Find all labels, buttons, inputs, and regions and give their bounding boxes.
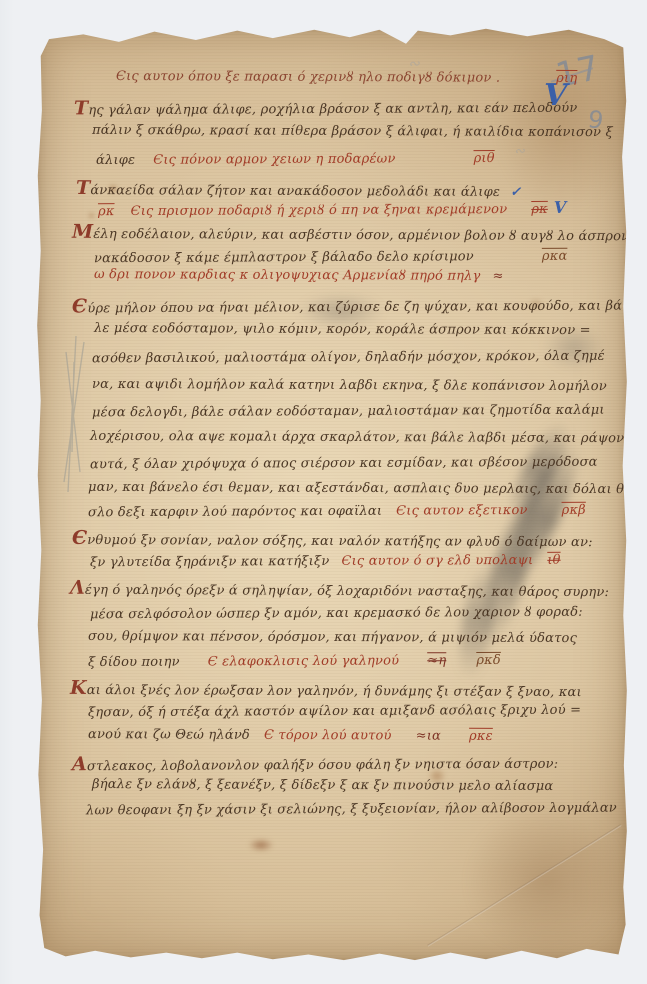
- rubric-text: Є τόρον λού αυτού: [264, 728, 392, 744]
- heading-text: Єις αυτον όπου ξε παρασι ό χερινȣ ηλο πο…: [116, 69, 500, 86]
- margin-number: ρκγ: [629, 585, 647, 600]
- initial-letter: Κ: [70, 677, 87, 699]
- text-line: σου, θρίμψον και πένσον, όρόσμον, και πή…: [88, 629, 577, 646]
- line-text: νακάδοσον ξ κάμε έμπλαστρον ξ βάλαδο δελ…: [94, 249, 474, 266]
- line-text: μαν, και βάνελο έσι θεμαν, και αξεστάνδα…: [88, 480, 631, 497]
- rubric-text: Є ελαφοκλισις λού γαληνού: [208, 653, 400, 669]
- stain: [88, 212, 95, 219]
- margin-number-struck: ιθ: [547, 553, 560, 568]
- text-line: μαν, και βάνελο έσι θεμαν, και αξεστάνδα…: [88, 480, 631, 497]
- blue-checkmark: V: [554, 198, 567, 217]
- line-text: μέσα σελφόσολον ώσπερ ξν αμόν, και κρεμα…: [90, 605, 583, 623]
- line-text: ασόθεν βασιλικού, μαλιοστάμα ολίγον, δηλ…: [92, 349, 605, 367]
- initial-letter: Μ: [72, 221, 93, 243]
- initial-letter: Є: [72, 527, 87, 549]
- margin-number: ρκ: [98, 204, 115, 219]
- line-text: ξησαν, όξ ή στέξα άχλ καστόν αψίλον και …: [88, 703, 581, 721]
- crease-line: [427, 824, 621, 947]
- initial-letter: Є: [72, 295, 87, 317]
- text-line: ξν γλυτείδα ξηράνιξν και κατήξιξνЄις αυτ…: [90, 553, 561, 570]
- line-text: σλο δεξι καρφιν λού παρόντος και οφαϊλαι: [88, 504, 382, 521]
- line-text: νθυμού ξν σονίαν, ναλον σόξης, και ναλόν…: [87, 533, 592, 550]
- text-line: Μέλη εοδέλαιον, αλεύριν, και ασβέστιν όσ…: [72, 221, 643, 245]
- text-line: νακάδοσον ξ κάμε έμπλαστρον ξ βάλαδο δελ…: [94, 249, 568, 266]
- text-line: ω δρι πονον καρδιας κ ολιγοψυχιας Αρμενί…: [94, 267, 504, 284]
- text-line: βήαλε ξν ελάνȣ, ξ ξεανέξν, ξ δίδεξν ξ ακ…: [92, 777, 553, 794]
- stain-cluster: [248, 838, 274, 852]
- text-line: αυτά, ξ όλαν χιρόψυχα ό απος σιέρσον και…: [90, 455, 598, 473]
- text-line: ξ δίδου ποιηνЄ ελαφοκλισις λού γαληνού≈η…: [88, 653, 501, 670]
- rubric-text: Єις πρισμον ποδαριȣ ή χεριȣ ό πη να ξηνα…: [131, 202, 508, 219]
- line-text: έγη ό γαληνός όρεξν ά σηληψίαν, όξ λοχαρ…: [85, 583, 609, 600]
- line-text: σου, θρίμψον και πένσον, όρόσμον, και πή…: [88, 629, 577, 646]
- text-line: πάλιν ξ σκάθρω, κρασί και πίθερα βράσον …: [92, 123, 613, 140]
- rubric-text: Єις αυτον εξετικον: [396, 503, 528, 519]
- line-text: άνκαείδα σάλαν ζήτον και ανακάδοσον μεδο…: [90, 183, 500, 200]
- rubric-text: ω δρι πονον καρδιας κ ολιγοψυχιας Αρμενί…: [94, 267, 481, 284]
- text-line: Єις αυτον όπου ξε παρασι ό χερινȣ ηλο πο…: [116, 69, 577, 86]
- line-text: στλεακος, λοβολανονλον φαλήξν όσου φάλη …: [87, 757, 558, 774]
- text-line: ξησαν, όξ ή στέξα άχλ καστόν αψίλον και …: [88, 703, 581, 721]
- line-text: να, και αψιδι λομήλον καλά κατηνι λαβδι …: [92, 377, 607, 394]
- margin-number: ριη: [556, 71, 577, 86]
- line-text: βήαλε ξν ελάνȣ, ξ ξεανέξν, ξ δίδεξν ξ ακ…: [92, 777, 553, 794]
- line-text: λε μέσα εοδόσταμον, ψιλο κόμιν, κορόν, κ…: [94, 321, 591, 338]
- line-text: ανού και ζω Θεώ ηλάνδ: [88, 727, 250, 743]
- initial-letter: Τ: [74, 97, 88, 119]
- text-line: Λέγη ό γαληνός όρεξν ά σηληψίαν, όξ λοχα…: [70, 577, 647, 602]
- ghost-offset-mark: ∾: [514, 144, 525, 159]
- text-line: Και άλοι ξνές λον έρωξσαν λον γαληνόν, ή…: [70, 677, 582, 701]
- text-line: ανού και ζω Θεώ ηλάνδЄ τόρον λού αυτού≈ι…: [88, 727, 493, 744]
- margin-number: ρκα: [542, 249, 568, 264]
- line-text: αυτά, ξ όλαν χιρόψυχα ό απος σιέρσον και…: [90, 455, 598, 473]
- rubric-text: Єις πόνον αρμον χειων η ποδαρέων: [153, 151, 395, 167]
- line-text: μέσα δελογδι, βάλε σάλαν εοδόσταμαν, μαλ…: [92, 403, 605, 421]
- text-line: Єύρε μήλον όπου να ήναι μέλιον, και ζύρι…: [72, 293, 622, 318]
- text-line: Єνθυμού ξν σονίαν, ναλον σόξης, και ναλό…: [72, 527, 593, 551]
- initial-letter: Α: [72, 753, 87, 775]
- text-line: ρκЄις πρισμον ποδαριȣ ή χεριȣ ό πη να ξη…: [98, 198, 567, 219]
- line-text: άλιφε: [96, 153, 135, 168]
- text-line: μέσα δελογδι, βάλε σάλαν εοδόσταμαν, μαλ…: [92, 403, 605, 421]
- mottle-bottom-right: [466, 806, 626, 956]
- text-line: Της γάλαν ψάλημα άλιφε, ροχήλια βράσον ξ…: [74, 95, 578, 120]
- text-line: μέσα σελφόσολον ώσπερ ξν αμόν, και κρεμα…: [90, 605, 583, 623]
- initial-letter: Τ: [76, 177, 90, 199]
- line-text: έλη εοδέλαιον, αλεύριν, και ασβέστιν όσο…: [93, 227, 642, 244]
- line-text: ύρε μήλον όπου να ήναι μέλιον, και ζύρισ…: [87, 299, 622, 317]
- line-text: λοχέρισου, ολα αψε κομαλι άρχα σκαρλάτον…: [90, 429, 624, 446]
- line-text: αι άλοι ξνές λον έρωξσαν λον γαληνόν, ή …: [87, 683, 582, 700]
- line-text: πάλιν ξ σκάθρω, κρασί και πίθερα βράσον …: [92, 123, 613, 140]
- scanner-background: 17 V 9 ∾ ∾ Єις αυτον όπου ξε παρασι ό χε…: [0, 0, 647, 984]
- initial-letter: Λ: [70, 577, 85, 599]
- margin-number: ρκε: [469, 729, 493, 744]
- scribal-mark: ≈: [492, 269, 503, 284]
- text-line: ασόθεν βασιλικού, μαλιοστάμα ολίγον, δηλ…: [92, 349, 605, 367]
- margin-number: ριθ: [474, 151, 495, 166]
- margin-number: ρκδ: [476, 653, 501, 668]
- text-line: Αστλεακος, λοβολανονλον φαλήξν όσου φάλη…: [72, 751, 558, 776]
- line-text: ξ δίδου ποιην: [88, 655, 180, 670]
- rubric-text: Єις αυτον ό σγ ελδ υπολαψι: [341, 553, 533, 569]
- text-line: να, και αψιδι λομήλον καλά κατηνι λαβδι …: [92, 377, 607, 394]
- line-text: λων θεοφανι ξη ξν χάσιν ξι σελιώνης, ξ ξ…: [86, 801, 617, 819]
- text-line: λοχέρισου, ολα αψε κομαλι άρχα σκαρλάτον…: [90, 429, 624, 446]
- margin-number-struck: ρκ: [531, 202, 548, 217]
- margin-number: ρκβ: [562, 503, 586, 518]
- text-line: λων θεοφανι ξη ξν χάσιν ξι σελιώνης, ξ ξ…: [86, 801, 617, 819]
- text-line: λε μέσα εοδόσταμον, ψιλο κόμιν, κορόν, κ…: [94, 321, 591, 338]
- scribal-mark-struck: ≈η: [427, 653, 446, 668]
- line-text: ης γάλαν ψάλημα άλιφε, ροχήλια βράσον ξ …: [88, 101, 577, 119]
- text-line: σλο δεξι καρφιν λού παρόντος και οφαϊλαι…: [88, 503, 586, 521]
- line-text: ξν γλυτείδα ξηράνιξν και κατήξιξν: [90, 554, 329, 570]
- scribal-mark: ≈ια: [416, 729, 441, 744]
- text-line: άλιφεЄις πόνον αρμον χειων η ποδαρέωνριθ: [96, 151, 495, 168]
- manuscript-page: 17 V 9 ∾ ∾ Єις αυτον όπου ξε παρασι ό χε…: [36, 26, 628, 962]
- pencil-scribble: [54, 332, 94, 502]
